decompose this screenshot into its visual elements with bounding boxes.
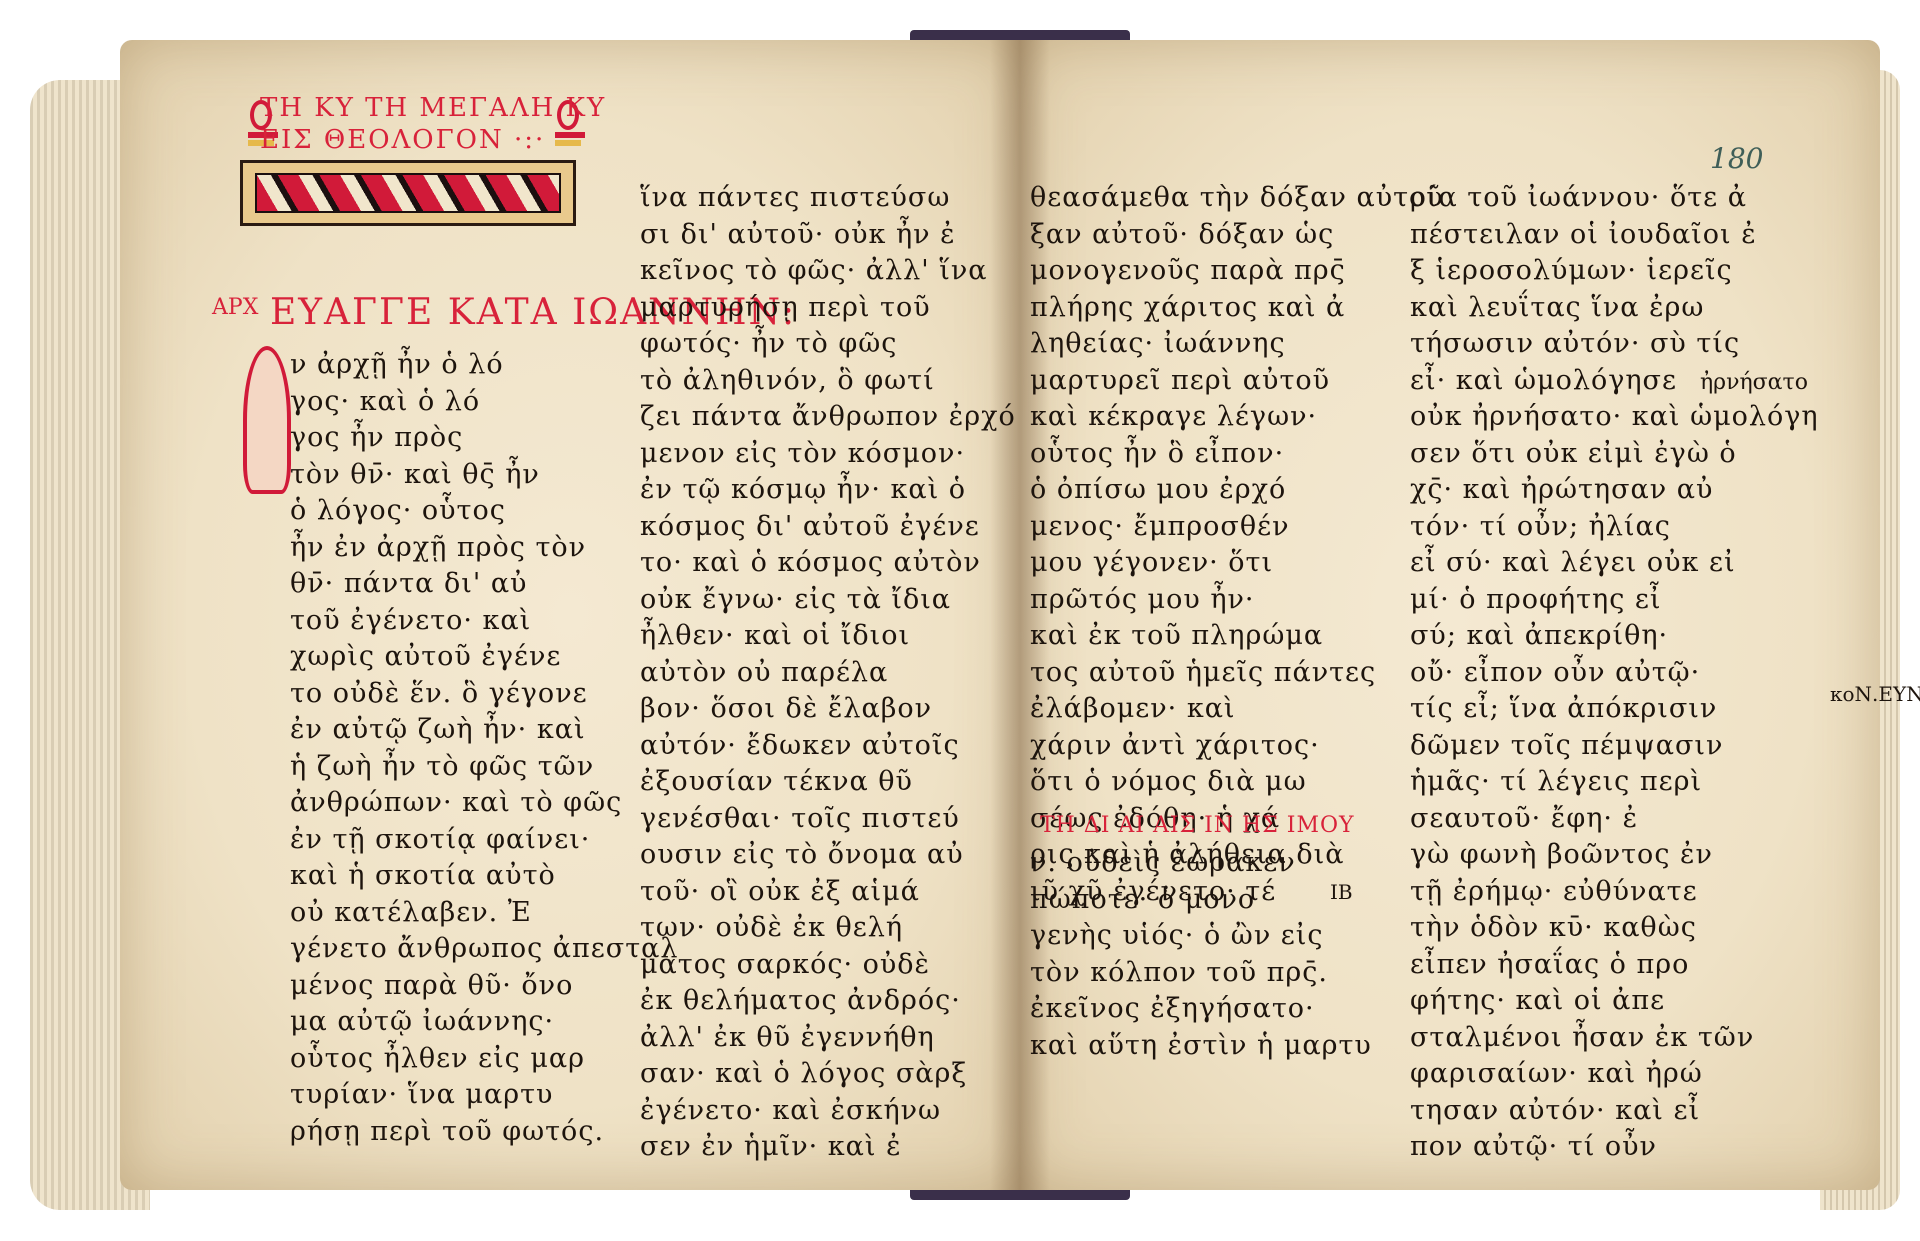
manuscript-line: εἶπεν ἠσαΐας ὁ προ (1410, 947, 1819, 984)
manuscript-line: γενὴς υἱός· ὁ ὢν εἰς (1030, 918, 1372, 955)
manuscript-line: τὸ ἀληθινόν, ὃ φωτί (640, 363, 1016, 400)
manuscript-line: πώποτε· ὁ μονο (1030, 882, 1372, 919)
manuscript-line: φήτης· καὶ οἱ ἀπε (1410, 983, 1819, 1020)
manuscript-line: τὸν κόλπον τοῦ πρς̄. (1030, 955, 1372, 992)
manuscript-line: σεν ἐν ἡμῖν· καὶ ἐ (640, 1129, 1016, 1166)
manuscript-line: κεῖνος τὸ φῶς· ἀλλ' ἵνα (640, 253, 1016, 290)
manuscript-line: οὗτος ἦλθεν εἰς μαρ (290, 1041, 678, 1078)
manuscript-line: σεν ὅτι οὐκ εἰμὶ ἐγὼ ὁ (1410, 436, 1819, 473)
manuscript-line: τὴν ὁδὸν κῡ· καθὼς (1410, 910, 1819, 947)
manuscript-line: τοῦ· οἳ οὐκ ἐξ αἱμά (640, 874, 1016, 911)
right-column-3: θεασάμεθα τὴν δόξαν αὐτοῦξαν αὐτοῦ· δόξα… (1030, 180, 1444, 910)
manuscript-line: ΝΟ (1906, 682, 1920, 706)
manuscript-line: καὶ ἡ σκοτία αὐτὸ (290, 858, 678, 895)
manuscript-line: φωτός· ἦν τὸ φῶς (640, 326, 1016, 363)
manuscript-line: χωρὶς αὐτοῦ ἐγένε (290, 639, 678, 676)
manuscript-line: τυρίαν· ἵνα μαρτυ (290, 1077, 678, 1114)
manuscript-line: σταλμένοι ἦσαν ἐκ τῶν (1410, 1020, 1819, 1057)
manuscript-line: ξαν αὐτοῦ· δόξαν ὡς (1030, 217, 1444, 254)
manuscript-line: μί· ὁ προφήτης εἶ (1410, 582, 1819, 619)
manuscript-line: τήσωσιν αὐτόν· σὺ τίς (1410, 326, 1819, 363)
illuminated-initial (243, 346, 291, 494)
manuscript-line: μένος παρὰ θῦ· ὄνο (290, 968, 678, 1005)
manuscript-line: Ν. (1855, 682, 1879, 706)
manuscript-line: σαν· καὶ ὁ λόγος σὰρξ (640, 1056, 1016, 1093)
manuscript-line: οὗτος ἦν ὃ εἶπον· (1030, 436, 1444, 473)
manuscript-line: το οὐδὲ ἕν. ὃ γέγονε (290, 676, 678, 713)
manuscript-line: τόν· τί οὖν; ἠλίας (1410, 509, 1819, 546)
rubric-heading: ΤΗ ΔΙ ΑΙ ΑΙΣ ΙΝ ΗΣ ΙΜΟΥ (1040, 808, 1355, 845)
manuscript-line: εἶ σύ· καὶ λέγει οὐκ εἰ (1410, 545, 1819, 582)
manuscript-line: θν̄· πάντα δι' αὐ (290, 566, 678, 603)
manuscript-line: καὶ λευΐτας ἵνα ἐρω (1410, 290, 1819, 327)
manuscript-line: ἐκεῖνος ἐξηγήσατο· (1030, 991, 1372, 1028)
manuscript-line: τὸν θν̄· καὶ θς̄ ἦν (290, 457, 678, 494)
manuscript-line: ἐλάβομεν· καὶ (1030, 691, 1444, 728)
manuscript-line: ληθείας· ἰωάννης (1030, 326, 1444, 363)
manuscript-line: ἀνθρώπων· καὶ τὸ φῶς (290, 785, 678, 822)
left-column-1: ν ἀρχῇ ἦν ὁ λόγος· καὶ ὁ λόγος ἦν πρὸςτὸ… (290, 347, 678, 1150)
manuscript-line: ἐν αὐτῷ ζωὴ ἦν· καὶ (290, 712, 678, 749)
manuscript-line: καὶ αὕτη ἐστὶν ἡ μαρτυ (1030, 1028, 1372, 1065)
manuscript-line: ἡ ζωὴ ἦν τὸ φῶς τῶν (290, 749, 678, 786)
manuscript-line: πρῶτός μου ἦν· (1030, 582, 1444, 619)
manuscript-line: οὔ· εἶπον οὖν αὐτῷ· (1410, 655, 1819, 692)
manuscript-line: οὐ κατέλαβεν. Ἐ (290, 895, 678, 932)
manuscript-line: τῇ ἐρήμῳ· εὐθύνατε (1410, 874, 1819, 911)
manuscript-line: φαρισαίων· καὶ ἠρώ (1410, 1056, 1819, 1093)
manuscript-line: τίς εἶ; ἵνα ἀπόκρισιν (1410, 691, 1819, 728)
manuscript-line: τησαν αὐτόν· καὶ εἶ (1410, 1093, 1819, 1130)
manuscript-line: οὐκ ἠρνήσατο· καὶ ὡμολόγη (1410, 399, 1819, 436)
manuscript-line: γενέσθαι· τοῖς πιστεύ (640, 801, 1016, 838)
headpiece-title: ΤΗ ΚΥ ΤΗ ΜΕΓΑΛΗ ΚΥ ΕΙΣ ΘΕΟΛΟΓΟΝ ·:· (260, 92, 606, 156)
left-column-2: ἵνα πάντες πιστεύσωσι δι' αὐτοῦ· οὐκ ἦν … (640, 180, 1016, 1166)
manuscript-line: βον· ὅσοι δὲ ἔλαβον (640, 691, 1016, 728)
manuscript-line: σι δι' αὐτοῦ· οὐκ ἦν ἐ (640, 217, 1016, 254)
manuscript-line: γος· καὶ ὁ λό (290, 384, 678, 421)
manuscript-line: ἡμᾶς· τί λέγεις περὶ (1410, 764, 1819, 801)
manuscript-line: ὅτι ὁ νόμος διὰ μω (1030, 764, 1444, 801)
manuscript-line: αὐτὸν οὐ παρέλα (640, 655, 1016, 692)
manuscript-line: σεαυτοῦ· ἔφη· ἐ (1410, 801, 1819, 838)
edge-fragment: κοΝ.ΕΥΝΟ (1830, 680, 1920, 708)
manuscript-line: μαρτυρεῖ περὶ αὐτοῦ (1030, 363, 1444, 400)
manuscript-line: ἐκ θελήματος ἀνδρός· (640, 983, 1016, 1020)
manuscript-line: μονογενοῦς παρὰ πρς̄ (1030, 253, 1444, 290)
manuscript-line: ξ ἱεροσολύμων· ἱερεῖς (1410, 253, 1819, 290)
manuscript-line: ὁ ὀπίσω μου ἐρχό (1030, 472, 1444, 509)
manuscript-line: ἵνα πάντες πιστεύσω (640, 180, 1016, 217)
manuscript-line: ζει πάντα ἄνθρωπον ἐρχό (640, 399, 1016, 436)
manuscript-line: γος ἦν πρὸς (290, 420, 678, 457)
margin-label: ΑΡΧ (212, 295, 258, 320)
margin-number: ΙΒ (1330, 880, 1353, 904)
manuscript-line: ἐν τῇ σκοτίᾳ φαίνει· (290, 822, 678, 859)
manuscript-line: ΕΥ (1878, 682, 1906, 706)
manuscript-line: ρία τοῦ ἰωάννου· ὅτε ἀ (1410, 180, 1819, 217)
manuscript-line: των· οὐδὲ ἐκ θελή (640, 910, 1016, 947)
manuscript-line: ἐξουσίαν τέκνα θῦ (640, 764, 1016, 801)
manuscript-line: ἐν τῷ κόσμῳ ἦν· καὶ ὁ (640, 472, 1016, 509)
right-column-4: ρία τοῦ ἰωάννου· ὅτε ἀπέστειλαν οἱ ἰουδα… (1410, 180, 1819, 1166)
manuscript-line: ἐγένετο· καὶ ἐσκήνω (640, 1093, 1016, 1130)
manuscript-line: το· καὶ ὁ κόσμος αὐτὸν (640, 545, 1016, 582)
manuscript-line: χάριν ἀντὶ χάριτος· (1030, 728, 1444, 765)
manuscript-line: μου γέγονεν· ὅτι (1030, 545, 1444, 582)
manuscript-line: δῶμεν τοῖς πέμψασιν (1410, 728, 1819, 765)
manuscript-line: ν ἀρχῇ ἦν ὁ λό (290, 347, 678, 384)
manuscript-line: ἀλλ' ἐκ θῦ ἐγεννήθη (640, 1020, 1016, 1057)
manuscript-line: μαρτυρήσῃ περὶ τοῦ (640, 290, 1016, 327)
manuscript-line: ἦν ἐν ἀρχῇ πρὸς τὸν (290, 530, 678, 567)
manuscript-line: μενος· ἔμπροσθέν (1030, 509, 1444, 546)
manuscript-line: μα αὐτῷ ἰωάννης· (290, 1004, 678, 1041)
manuscript-line: γένετο ἄνθρωπος ἀπεσταλ (290, 931, 678, 968)
headpiece-line-1: ΤΗ ΚΥ ΤΗ ΜΕΓΑΛΗ ΚΥ (260, 92, 606, 124)
manuscript-line: γὼ φωνὴ βοῶντος ἐν (1410, 837, 1819, 874)
folio-number: 180 (1710, 142, 1763, 175)
manuscript-line: αὐτόν· ἔδωκεν αὐτοῖς (640, 728, 1016, 765)
manuscript-line: ν. οὐδεὶς ἑώρακεν (1030, 845, 1372, 882)
manuscript-line: μενον εἰς τὸν κόσμον· (640, 436, 1016, 473)
margin-word: ἠρνήσατο (1700, 370, 1808, 395)
manuscript-line: κο (1830, 682, 1855, 706)
manuscript-line: σύ; καὶ ἀπεκρίθη· (1410, 618, 1819, 655)
manuscript-line: πέστειλαν οἱ ἰουδαῖοι ἐ (1410, 217, 1819, 254)
manuscript-line: πλήρης χάριτος καὶ ἀ (1030, 290, 1444, 327)
manuscript-line: χς̄· καὶ ἠρώτησαν αὐ (1410, 472, 1819, 509)
manuscript-line: κόσμος δι' αὐτοῦ ἐγένε (640, 509, 1016, 546)
manuscript-line: καὶ ἐκ τοῦ πληρώμα (1030, 618, 1444, 655)
manuscript-line: ματος σαρκός· οὐδὲ (640, 947, 1016, 984)
manuscript-line: ὁ λόγος· οὗτος (290, 493, 678, 530)
right-column-3-continued: ν. οὐδεὶς ἑώρακενπώποτε· ὁ μονογενὴς υἱό… (1030, 845, 1372, 1064)
manuscript-line: ἦλθεν· καὶ οἱ ἴδιοι (640, 618, 1016, 655)
manuscript-line: καὶ κέκραγε λέγων· (1030, 399, 1444, 436)
manuscript-line: θεασάμεθα τὴν δόξαν αὐτοῦ (1030, 180, 1444, 217)
manuscript-line: ρήσῃ περὶ τοῦ φωτός. (290, 1114, 678, 1151)
manuscript-line: ουσιν εἰς τὸ ὄνομα αὐ (640, 837, 1016, 874)
manuscript-line: τος αὐτοῦ ἡμεῖς πάντες (1030, 655, 1444, 692)
manuscript-line: οὐκ ἔγνω· εἰς τὰ ἴδια (640, 582, 1016, 619)
manuscript-line: τοῦ ἐγένετο· καὶ (290, 603, 678, 640)
interlace-headpiece (240, 160, 576, 226)
manuscript-line: πον αὐτῷ· τί οὖν (1410, 1129, 1819, 1166)
headpiece-line-2: ΕΙΣ ΘΕΟΛΟΓΟΝ ·:· (260, 124, 606, 156)
